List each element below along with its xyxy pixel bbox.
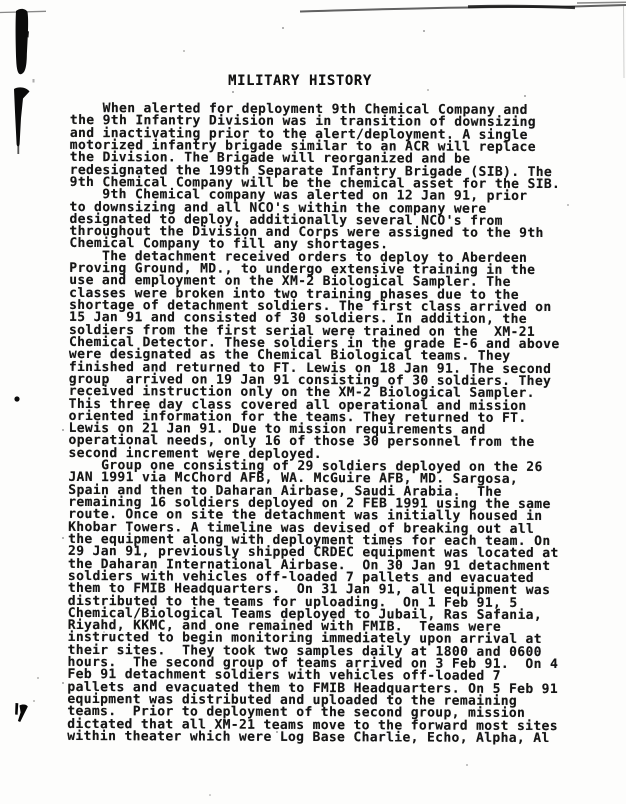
- scan-artifact-left-blob-upper: [16, 9, 29, 74]
- scan-artifact-left-tiny-mark: [33, 79, 35, 83]
- scan-artifact-top-left-dash: [0, 11, 46, 12]
- scanned-document-page: MILITARY HISTORY When alerted for deploy…: [0, 0, 626, 804]
- scan-artifact-top-edge-line: [300, 5, 626, 12]
- document-body-text: When alerted for deployment 9th Chemical…: [67, 103, 560, 745]
- scan-artifact-left-blob-upper-notch: [25, 30, 30, 38]
- scan-artifact-top-edge-line-dark-segment: [468, 6, 575, 7]
- scan-artifact-top-edge-line-upper: [577, 2, 626, 3]
- scan-artifact-bottom-left-flag: [18, 705, 28, 722]
- scan-artifact-mid-left-dot: [14, 396, 19, 401]
- scan-artifact-bottom-left-bar: [15, 703, 18, 715]
- page-title: MILITARY HISTORY: [70, 73, 552, 89]
- scan-artifact-left-wedge: [14, 87, 30, 146]
- scan-artifact-right-edge-line: [624, 6, 625, 78]
- scan-artifact-left-wedge-tail: [17, 145, 19, 154]
